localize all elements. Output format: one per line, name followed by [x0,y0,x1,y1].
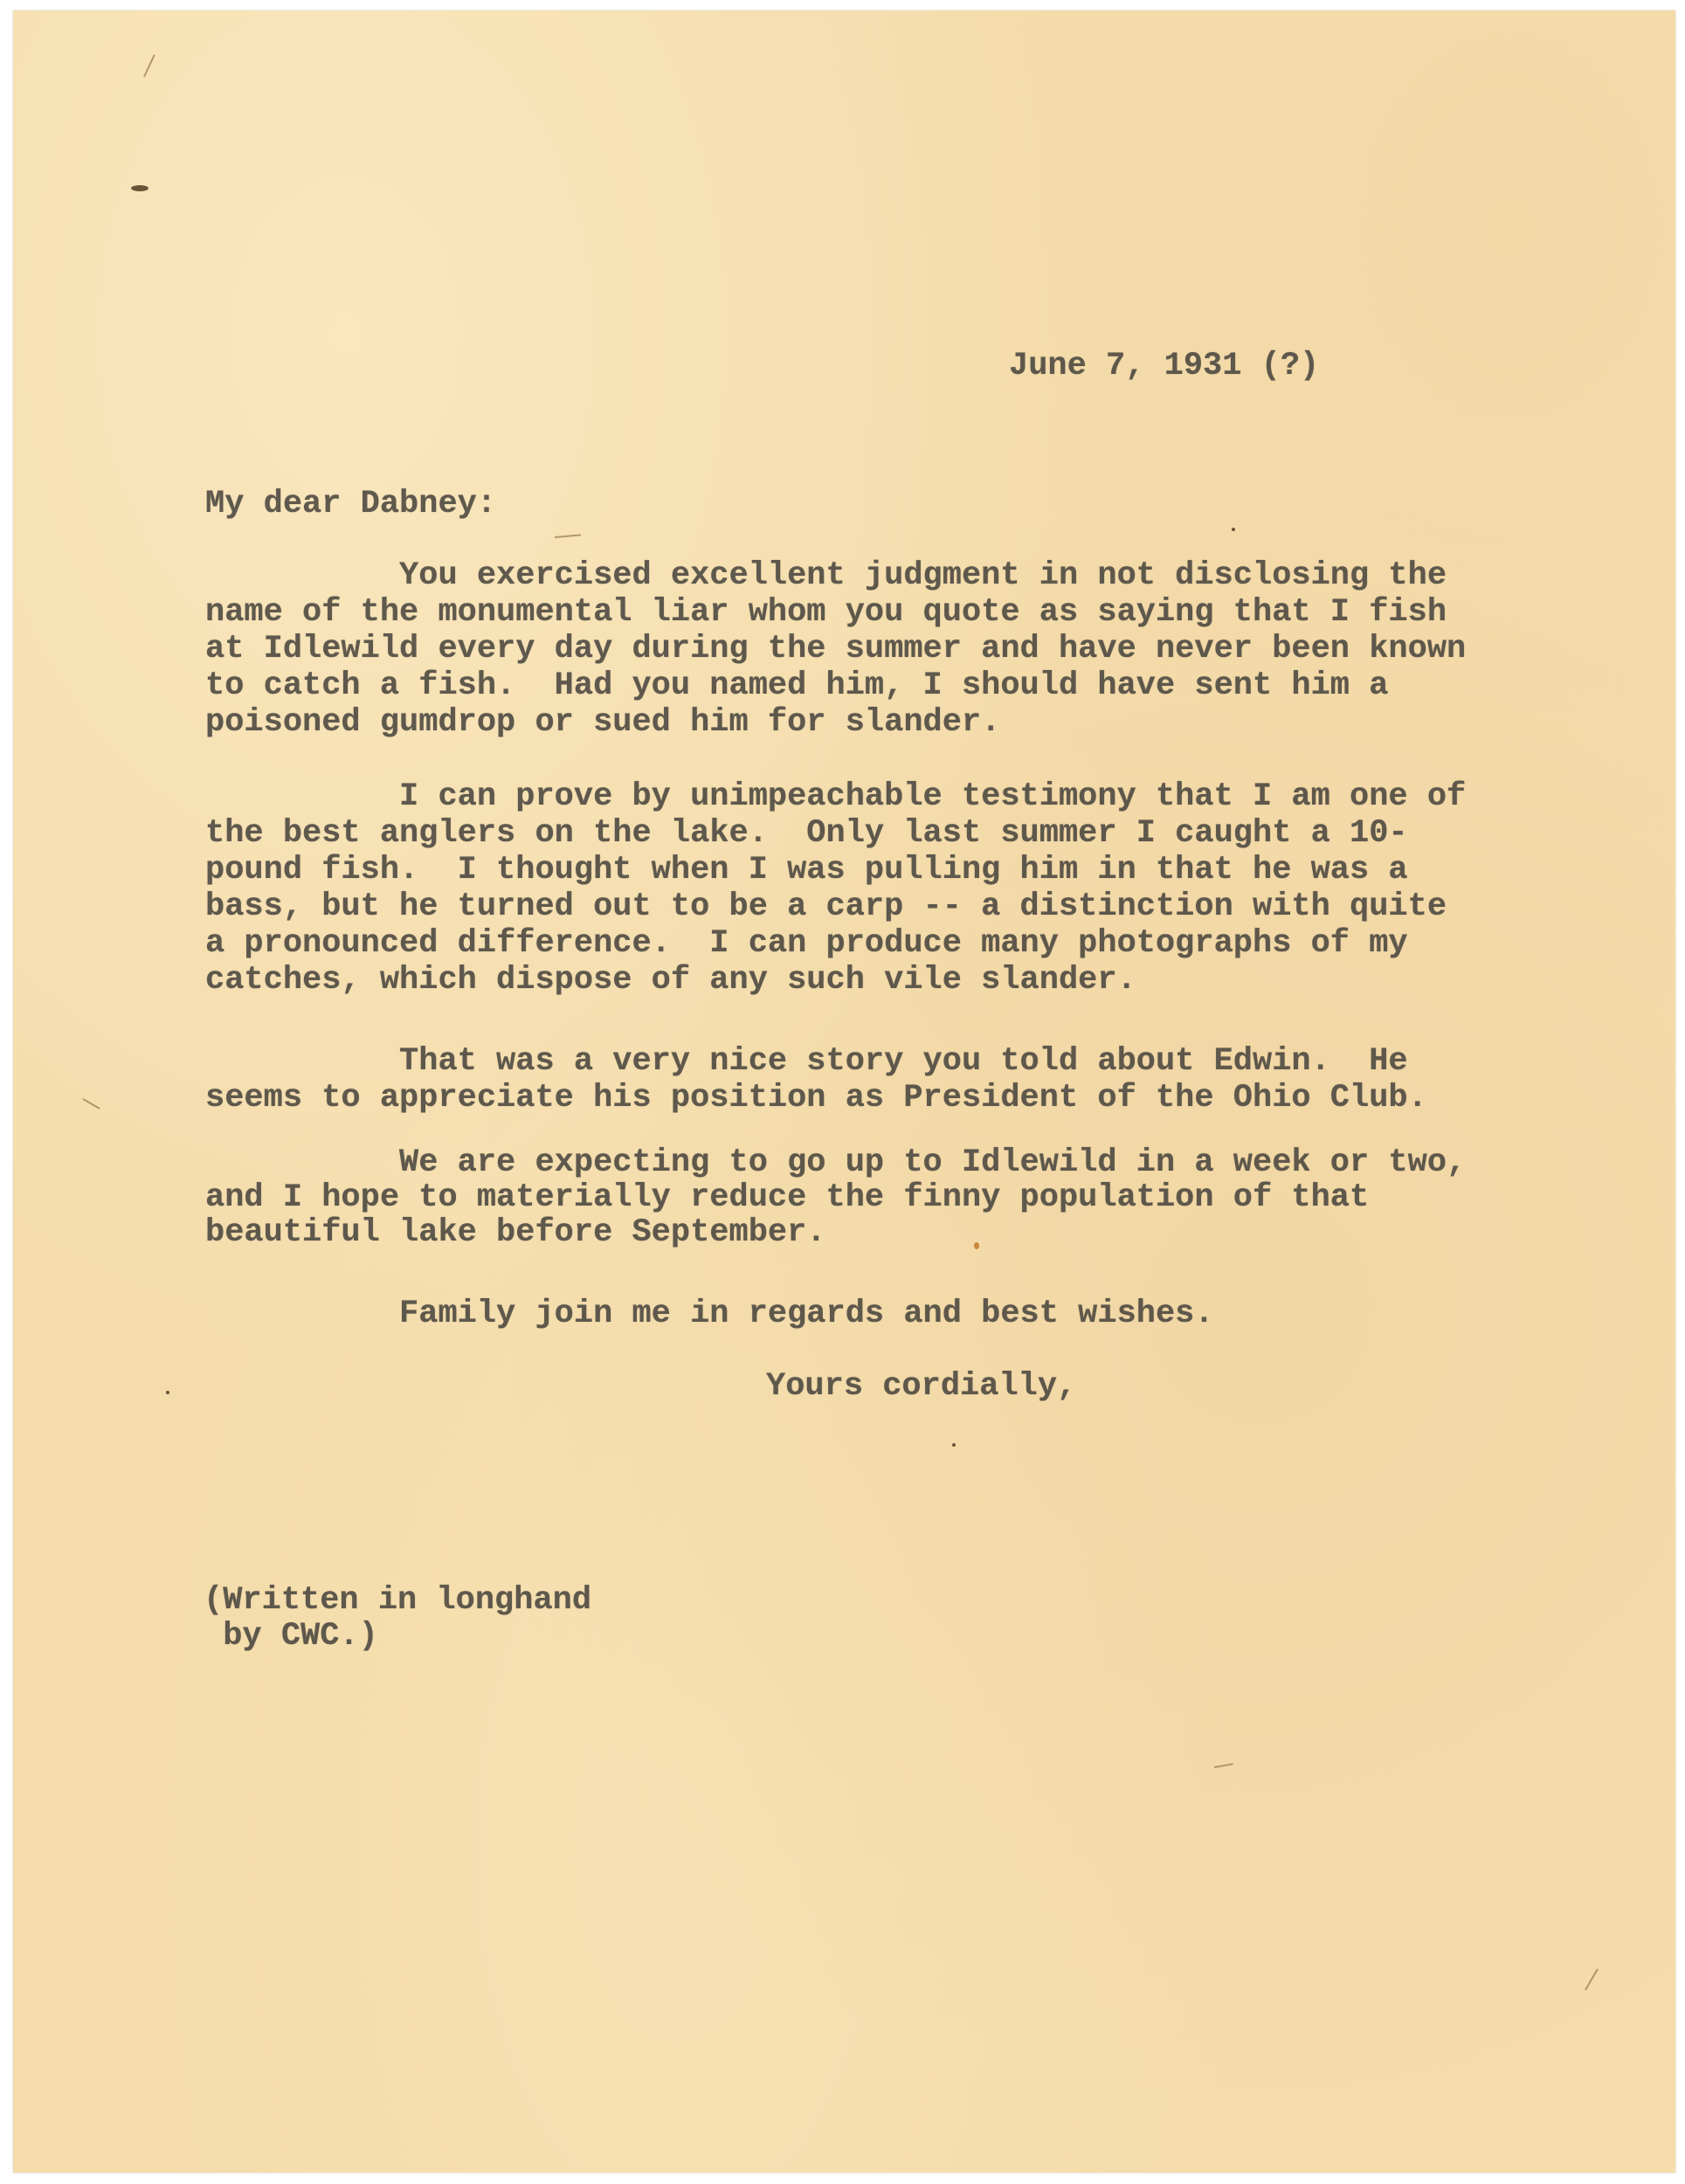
paragraph-line: I can prove by unimpeachable testimony t… [205,778,1466,815]
letter-date: June 7, 1931 (?) [1009,348,1319,384]
paragraph-line: poisoned gumdrop or sued him for slander… [205,704,1000,741]
paragraph-line: seems to appreciate his position as Pres… [205,1080,1427,1116]
paragraph-line: to catch a fish. Had you named him, I sh… [205,667,1388,704]
paragraph-line: the best anglers on the lake. Only last … [205,815,1408,852]
paragraph-line: pound fish. I thought when I was pulling… [205,852,1408,888]
paragraph-line: a pronounced difference. I can produce m… [205,925,1408,962]
paragraph-line: catches, which dispose of any such vile … [205,962,1136,999]
paper-speck [974,1242,979,1249]
paper-fiber [1585,1968,1599,1990]
paper-fiber [83,1098,100,1109]
paragraph-line: bass, but he turned out to be a carp -- … [205,888,1447,925]
paragraph-line: We are expecting to go up to Idlewild in… [205,1144,1466,1181]
closing: Yours cordially, [766,1368,1076,1405]
paragraph-line: beautiful lake before September. [205,1214,826,1251]
paper-speck [952,1443,956,1447]
paragraph-line: That was a very nice story you told abou… [205,1043,1408,1080]
paragraph-line: Family join me in regards and best wishe… [205,1296,1214,1332]
paragraph-line: You exercised excellent judgment in not … [205,557,1447,594]
paper-fiber [143,54,155,77]
note-line: by CWC.) [204,1618,378,1655]
paragraph-line: and I hope to materially reduce the finn… [205,1179,1369,1216]
paper-fiber [1214,1763,1233,1768]
paper-speck [1232,528,1235,531]
paragraph-line: name of the monumental liar whom you quo… [205,594,1447,631]
paper-speck [131,185,148,191]
paper-fiber [555,534,581,538]
paragraph-line: at Idlewild every day during the summer … [205,631,1466,667]
note-line: (Written in longhand [204,1582,591,1619]
salutation: My dear Dabney: [205,486,496,522]
paper-speck [166,1391,169,1394]
